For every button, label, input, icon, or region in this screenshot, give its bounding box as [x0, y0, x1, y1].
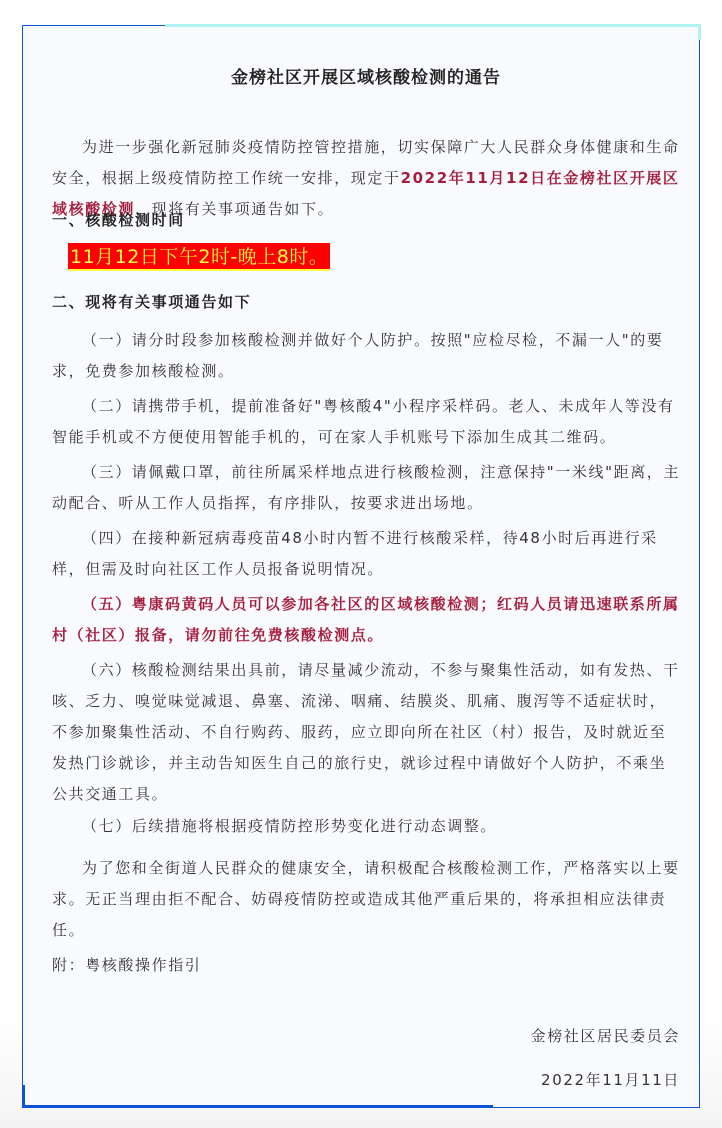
item-6: （六）核酸检测结果出具前，请尽量减少流动，不参与聚集性活动，如有发热、干咳、乏力…	[52, 655, 680, 810]
item-2: （二）请携带手机，提前准备好"粤核酸4"小程序采样码。老人、未成年人等没有智能手…	[52, 391, 680, 453]
notice-title: 金榜社区开展区域核酸检测的通告	[52, 63, 680, 88]
item-1: （一）请分时段参加核酸检测并做好个人防护。按照"应检尽检，不漏一人"的要求，免费…	[52, 325, 680, 387]
border-bottom-thick	[22, 1105, 493, 1108]
signature: 金榜社区居民委员会	[52, 1021, 680, 1052]
item-3: （三）请佩戴口罩，前往所属采样地点进行核酸检测，注意保持"一米线"距离，主动配合…	[52, 457, 680, 519]
border-left	[22, 25, 23, 1108]
section1-heading: 一、核酸检测时间	[52, 205, 680, 236]
border-top-cyan	[165, 24, 701, 27]
issue-date: 2022年11月11日	[52, 1065, 680, 1096]
border-right-cyan	[698, 25, 701, 40]
item-7: （七）后续措施将根据疫情防控形势变化进行动态调整。	[52, 811, 680, 842]
section2-heading: 二、现将有关事项通告如下	[52, 287, 680, 318]
attachment-link[interactable]: 附：粤核酸操作指引	[52, 950, 680, 981]
border-right-blue	[699, 40, 700, 1108]
item-5-warning: （五）粤康码黄码人员可以参加各社区的区域核酸检测；红码人员请迅速联系所属村（社区…	[52, 589, 680, 651]
border-bottom-thin	[493, 1107, 700, 1108]
closing-paragraph: 为了您和全街道人民群众的健康安全，请积极配合核酸检测工作，严格落实以上要求。无正…	[52, 853, 680, 946]
notice-card: 金榜社区开展区域核酸检测的通告 为进一步强化新冠肺炎疫情防控管控措施，切实保障广…	[22, 25, 700, 1108]
item-4: （四）在接种新冠病毒疫苗48小时内暂不进行核酸采样，待48小时后再进行采样，但需…	[52, 523, 680, 585]
testing-time-highlight: 11月12日下午2时-晚上8时。	[68, 243, 330, 271]
